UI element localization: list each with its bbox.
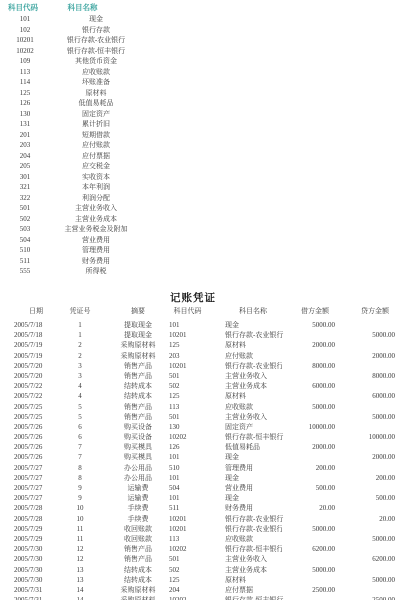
voucher-row: 2005/7/203销售产品501主营业务收入8000.00 [0, 371, 400, 381]
voucher-code-cell: 10201 [169, 524, 221, 534]
voucher-header-debit: 借方金额 [285, 306, 345, 317]
voucher-debit-cell: 200.00 [240, 463, 335, 473]
account-name-cell: 应付账款 [35, 140, 157, 151]
account-row: 114坏账准备 [0, 77, 200, 88]
account-row: 203应付账款 [0, 140, 200, 151]
account-row: 113应收账款 [0, 67, 200, 78]
voucher-no-cell: 14 [58, 595, 102, 600]
account-row: 201短期借款 [0, 130, 200, 141]
voucher-row: 2005/7/3114采购原材料204应付票据2500.00 [0, 585, 400, 595]
voucher-no-cell: 4 [58, 391, 102, 401]
voucher-no-cell: 1 [58, 320, 102, 330]
voucher-debit-cell: 500.00 [240, 483, 335, 493]
voucher-code-cell: 130 [169, 422, 221, 432]
voucher-date-cell: 2005/7/25 [14, 412, 58, 422]
voucher-credit-cell: 2000.00 [300, 452, 395, 462]
voucher-code-cell: 125 [169, 340, 221, 350]
voucher-summary-cell: 结转成本 [102, 575, 174, 585]
voucher-date-cell: 2005/7/27 [14, 483, 58, 493]
voucher-summary-cell: 销售产品 [102, 554, 174, 564]
voucher-summary-cell: 运输费 [102, 493, 174, 503]
voucher-row: 2005/7/203销售产品10201银行存款-农业银行8000.00 [0, 361, 400, 371]
account-name-cell: 银行存款-农业银行 [35, 35, 157, 46]
voucher-row: 2005/7/267购买模具101现金2000.00 [0, 452, 400, 462]
voucher-credit-cell: 20.00 [300, 514, 395, 524]
voucher-header-name: 科目名称 [222, 306, 284, 317]
voucher-row: 2005/7/3013结转成本502主营业务成本5000.00 [0, 565, 400, 575]
voucher-code-cell: 113 [169, 402, 221, 412]
voucher-row: 2005/7/192采购原材料203应付账款2000.00 [0, 351, 400, 361]
voucher-code-cell: 204 [169, 585, 221, 595]
voucher-no-cell: 7 [58, 442, 102, 452]
voucher-date-cell: 2005/7/18 [14, 330, 58, 340]
voucher-row: 2005/7/3114采购原材料10202银行存款-恒丰银行2500.00 [0, 595, 400, 600]
voucher-no-cell: 2 [58, 351, 102, 361]
account-name-cell: 本年利润 [35, 182, 157, 193]
voucher-row: 2005/7/2810手续费10201银行存款-农业银行20.00 [0, 514, 400, 524]
voucher-title: 记账凭证 [0, 290, 386, 305]
voucher-credit-cell: 5000.00 [300, 412, 395, 422]
account-name-cell: 主营业务税金及附加 [35, 224, 157, 235]
voucher-date-cell: 2005/7/26 [14, 422, 58, 432]
account-row: 504营业费用 [0, 235, 200, 246]
voucher-row: 2005/7/181提取现金10201银行存款-农业银行5000.00 [0, 330, 400, 340]
voucher-debit-cell: 2000.00 [240, 442, 335, 452]
voucher-debit-cell: 2000.00 [240, 340, 335, 350]
voucher-date-cell: 2005/7/28 [14, 503, 58, 513]
voucher-row: 2005/7/3012销售产品501主营业务收入6200.00 [0, 554, 400, 564]
voucher-code-cell: 502 [169, 565, 221, 575]
voucher-no-cell: 8 [58, 463, 102, 473]
account-row: 130固定资产 [0, 109, 200, 120]
voucher-debit-cell: 6000.00 [240, 381, 335, 391]
voucher-header-credit: 贷方金额 [345, 306, 400, 317]
voucher-no-cell: 6 [58, 432, 102, 442]
account-row: 131累计折旧 [0, 119, 200, 130]
voucher-debit-cell: 10000.00 [240, 422, 335, 432]
voucher-debit-cell: 2500.00 [240, 585, 335, 595]
voucher-code-cell: 10202 [169, 432, 221, 442]
account-name-cell: 累计折旧 [35, 119, 157, 130]
voucher-no-cell: 12 [58, 554, 102, 564]
account-name-cell: 应交税金 [35, 161, 157, 172]
voucher-date-cell: 2005/7/31 [14, 585, 58, 595]
account-name-cell: 坏账准备 [35, 77, 157, 88]
voucher-summary-cell: 结转成本 [102, 565, 174, 575]
voucher-date-cell: 2005/7/29 [14, 524, 58, 534]
voucher-credit-cell: 6200.00 [300, 554, 395, 564]
voucher-row: 2005/7/267购买模具126低值易耗品2000.00 [0, 442, 400, 452]
account-name-cell: 主营业务成本 [35, 214, 157, 225]
account-name-cell: 管理费用 [35, 245, 157, 256]
voucher-summary-cell: 销售产品 [102, 402, 174, 412]
account-name-cell: 原材料 [35, 88, 157, 99]
voucher-summary-cell: 手续费 [102, 503, 174, 513]
voucher-summary-cell: 购买模具 [102, 442, 174, 452]
voucher-debit-cell: 8000.00 [240, 361, 335, 371]
voucher-credit-cell: 10000.00 [300, 432, 395, 442]
voucher-summary-cell: 提取现金 [102, 330, 174, 340]
voucher-summary-cell: 结转成本 [102, 391, 174, 401]
accounts-header-name: 科目名称 [30, 2, 135, 14]
account-row: 205应交税金 [0, 161, 200, 172]
voucher-header-no: 凭证号 [58, 306, 102, 317]
voucher-code-cell: 501 [169, 554, 221, 564]
voucher-code-cell: 10201 [169, 514, 221, 524]
voucher-summary-cell: 购买设备 [102, 422, 174, 432]
voucher-row: 2005/7/2911收回账款10201银行存款-农业银行5000.00 [0, 524, 400, 534]
account-row: 322利润分配 [0, 193, 200, 204]
voucher-debit-cell: 5000.00 [240, 524, 335, 534]
voucher-date-cell: 2005/7/27 [14, 493, 58, 503]
account-row: 321本年利润 [0, 182, 200, 193]
account-row: 126低值易耗品 [0, 98, 200, 109]
voucher-header-row: 日期 凭证号 摘要 科目代码 科目名称 借方金额 贷方金额 [0, 306, 400, 317]
voucher-debit-cell: 5000.00 [240, 565, 335, 575]
voucher-code-cell: 510 [169, 463, 221, 473]
account-name-cell: 利润分配 [35, 193, 157, 204]
voucher-credit-cell: 2000.00 [300, 351, 395, 361]
accounts-header-row: 科目代码 科目名称 [0, 2, 200, 14]
voucher-debit-cell: 5000.00 [240, 402, 335, 412]
voucher-date-cell: 2005/7/30 [14, 565, 58, 575]
voucher-date-cell: 2005/7/19 [14, 351, 58, 361]
voucher-date-cell: 2005/7/22 [14, 381, 58, 391]
account-name-cell: 应付票据 [35, 151, 157, 162]
voucher-row: 2005/7/278办公用品510管理费用200.00 [0, 463, 400, 473]
voucher-summary-cell: 收回账款 [102, 534, 174, 544]
voucher-summary-cell: 采购原材料 [102, 340, 174, 350]
voucher-credit-cell: 6000.00 [300, 391, 395, 401]
voucher-row: 2005/7/279运输费101现金500.00 [0, 493, 400, 503]
voucher-code-cell: 10202 [169, 544, 221, 554]
account-name-cell: 主营业务收入 [35, 203, 157, 214]
voucher-summary-cell: 采购原材料 [102, 351, 174, 361]
voucher-code-cell: 101 [169, 452, 221, 462]
voucher-date-cell: 2005/7/19 [14, 340, 58, 350]
voucher-row: 2005/7/3012销售产品10202银行存款-恒丰银行6200.00 [0, 544, 400, 554]
voucher-no-cell: 13 [58, 575, 102, 585]
account-name-cell: 固定资产 [35, 109, 157, 120]
voucher-no-cell: 8 [58, 473, 102, 483]
voucher-code-cell: 511 [169, 503, 221, 513]
account-row: 511财务费用 [0, 256, 200, 267]
voucher-credit-cell: 5000.00 [300, 330, 395, 340]
voucher-code-cell: 101 [169, 320, 221, 330]
voucher-no-cell: 4 [58, 381, 102, 391]
voucher-code-cell: 203 [169, 351, 221, 361]
account-name-cell: 所得税 [35, 266, 157, 277]
voucher-date-cell: 2005/7/31 [14, 595, 58, 600]
voucher-code-cell: 101 [169, 473, 221, 483]
voucher-code-cell: 501 [169, 371, 221, 381]
account-name-cell: 银行存款 [35, 25, 157, 36]
voucher-table: 记账凭证 日期 凭证号 摘要 科目代码 科目名称 借方金额 贷方金额 2005/… [0, 289, 400, 600]
voucher-summary-cell: 销售产品 [102, 412, 174, 422]
voucher-summary-cell: 采购原材料 [102, 595, 174, 600]
account-name-cell: 营业费用 [35, 235, 157, 246]
voucher-code-cell: 502 [169, 381, 221, 391]
voucher-summary-cell: 收回账款 [102, 524, 174, 534]
account-row: 102银行存款 [0, 25, 200, 36]
account-row: 125原材料 [0, 88, 200, 99]
voucher-credit-cell: 8000.00 [300, 371, 395, 381]
account-row: 503主营业务税金及附加 [0, 224, 200, 235]
voucher-debit-cell: 20.00 [240, 503, 335, 513]
voucher-code-cell: 125 [169, 391, 221, 401]
account-name-cell: 短期借款 [35, 130, 157, 141]
voucher-row: 2005/7/3013结转成本125原材料5000.00 [0, 575, 400, 585]
voucher-date-cell: 2005/7/30 [14, 575, 58, 585]
voucher-row: 2005/7/224结转成本125原材料6000.00 [0, 391, 400, 401]
voucher-no-cell: 13 [58, 565, 102, 575]
account-name-cell: 银行存款-恒丰银行 [35, 46, 157, 57]
voucher-date-cell: 2005/7/27 [14, 463, 58, 473]
voucher-credit-cell: 5000.00 [300, 534, 395, 544]
voucher-code-cell: 10201 [169, 330, 221, 340]
voucher-credit-cell: 200.00 [300, 473, 395, 483]
voucher-summary-cell: 购买模具 [102, 452, 174, 462]
voucher-row: 2005/7/266购买设备10202银行存款-恒丰银行10000.00 [0, 432, 400, 442]
voucher-date-cell: 2005/7/20 [14, 371, 58, 381]
voucher-date-cell: 2005/7/25 [14, 402, 58, 412]
voucher-date-cell: 2005/7/30 [14, 554, 58, 564]
voucher-code-cell: 501 [169, 412, 221, 422]
voucher-no-cell: 11 [58, 524, 102, 534]
voucher-summary-cell: 办公用品 [102, 473, 174, 483]
voucher-row: 2005/7/181提取现金101现金5000.00 [0, 320, 400, 330]
voucher-code-cell: 125 [169, 575, 221, 585]
account-name-cell: 低值易耗品 [35, 98, 157, 109]
voucher-no-cell: 9 [58, 493, 102, 503]
voucher-date-cell: 2005/7/28 [14, 514, 58, 524]
account-row: 101现金 [0, 14, 200, 25]
voucher-no-cell: 3 [58, 361, 102, 371]
voucher-row: 2005/7/266购买设备130固定资产10000.00 [0, 422, 400, 432]
voucher-credit-cell: 5000.00 [300, 575, 395, 585]
voucher-code-cell: 10201 [169, 361, 221, 371]
voucher-code-cell: 101 [169, 493, 221, 503]
account-name-cell: 其他货币资金 [35, 56, 157, 67]
voucher-no-cell: 5 [58, 412, 102, 422]
voucher-date-cell: 2005/7/26 [14, 432, 58, 442]
voucher-date-cell: 2005/7/26 [14, 452, 58, 462]
voucher-no-cell: 11 [58, 534, 102, 544]
account-row: 555所得税 [0, 266, 200, 277]
voucher-summary-cell: 销售产品 [102, 371, 174, 381]
voucher-row: 2005/7/192采购原材料125原材料2000.00 [0, 340, 400, 350]
account-row: 502主营业务成本 [0, 214, 200, 225]
voucher-summary-cell: 手续费 [102, 514, 174, 524]
voucher-no-cell: 14 [58, 585, 102, 595]
account-name-cell: 实收资本 [35, 172, 157, 183]
account-row: 109其他货币资金 [0, 56, 200, 67]
voucher-row: 2005/7/2911收回账款113应收账款5000.00 [0, 534, 400, 544]
account-row: 204应付票据 [0, 151, 200, 162]
voucher-date-cell: 2005/7/22 [14, 391, 58, 401]
account-row: 301实收资本 [0, 172, 200, 183]
voucher-summary-cell: 采购原材料 [102, 585, 174, 595]
voucher-no-cell: 12 [58, 544, 102, 554]
account-name-cell: 应收账款 [35, 67, 157, 78]
voucher-summary-cell: 结转成本 [102, 381, 174, 391]
voucher-credit-cell: 2500.00 [300, 595, 395, 600]
voucher-date-cell: 2005/7/27 [14, 473, 58, 483]
account-row: 10201银行存款-农业银行 [0, 35, 200, 46]
voucher-row: 2005/7/255销售产品113应收账款5000.00 [0, 402, 400, 412]
accounts-rows: 101现金102银行存款10201银行存款-农业银行10202银行存款-恒丰银行… [0, 14, 200, 277]
voucher-summary-cell: 办公用品 [102, 463, 174, 473]
voucher-summary-cell: 销售产品 [102, 361, 174, 371]
voucher-row: 2005/7/255销售产品501主营业务收入5000.00 [0, 412, 400, 422]
voucher-credit-cell: 500.00 [300, 493, 395, 503]
voucher-row: 2005/7/2810手续费511财务费用20.00 [0, 503, 400, 513]
voucher-date-cell: 2005/7/30 [14, 544, 58, 554]
voucher-no-cell: 3 [58, 371, 102, 381]
voucher-no-cell: 2 [58, 340, 102, 350]
voucher-code-cell: 504 [169, 483, 221, 493]
voucher-date-cell: 2005/7/18 [14, 320, 58, 330]
voucher-rows: 2005/7/181提取现金101现金5000.002005/7/181提取现金… [0, 320, 400, 600]
voucher-summary-cell: 购买设备 [102, 432, 174, 442]
account-row: 510管理费用 [0, 245, 200, 256]
voucher-code-cell: 113 [169, 534, 221, 544]
account-name-cell: 财务费用 [35, 256, 157, 267]
account-name-cell: 现金 [35, 14, 157, 25]
voucher-header-code: 科目代码 [160, 306, 215, 317]
voucher-date-cell: 2005/7/26 [14, 442, 58, 452]
voucher-no-cell: 6 [58, 422, 102, 432]
voucher-no-cell: 5 [58, 402, 102, 412]
voucher-header-date: 日期 [14, 306, 58, 317]
voucher-no-cell: 10 [58, 503, 102, 513]
voucher-row: 2005/7/279运输费504营业费用500.00 [0, 483, 400, 493]
voucher-no-cell: 1 [58, 330, 102, 340]
voucher-date-cell: 2005/7/20 [14, 361, 58, 371]
voucher-no-cell: 9 [58, 483, 102, 493]
voucher-debit-cell: 6200.00 [240, 544, 335, 554]
voucher-summary-cell: 销售产品 [102, 544, 174, 554]
voucher-code-cell: 10202 [169, 595, 221, 600]
voucher-no-cell: 10 [58, 514, 102, 524]
account-row: 10202银行存款-恒丰银行 [0, 46, 200, 57]
voucher-row: 2005/7/224结转成本502主营业务成本6000.00 [0, 381, 400, 391]
voucher-no-cell: 7 [58, 452, 102, 462]
voucher-date-cell: 2005/7/29 [14, 534, 58, 544]
account-row: 501主营业务收入 [0, 203, 200, 214]
accounts-table: 科目代码 科目名称 101现金102银行存款10201银行存款-农业银行1020… [0, 2, 200, 277]
voucher-summary-cell: 提取现金 [102, 320, 174, 330]
voucher-summary-cell: 运输费 [102, 483, 174, 493]
voucher-debit-cell: 5000.00 [240, 320, 335, 330]
voucher-code-cell: 126 [169, 442, 221, 452]
voucher-row: 2005/7/278办公用品101现金200.00 [0, 473, 400, 483]
